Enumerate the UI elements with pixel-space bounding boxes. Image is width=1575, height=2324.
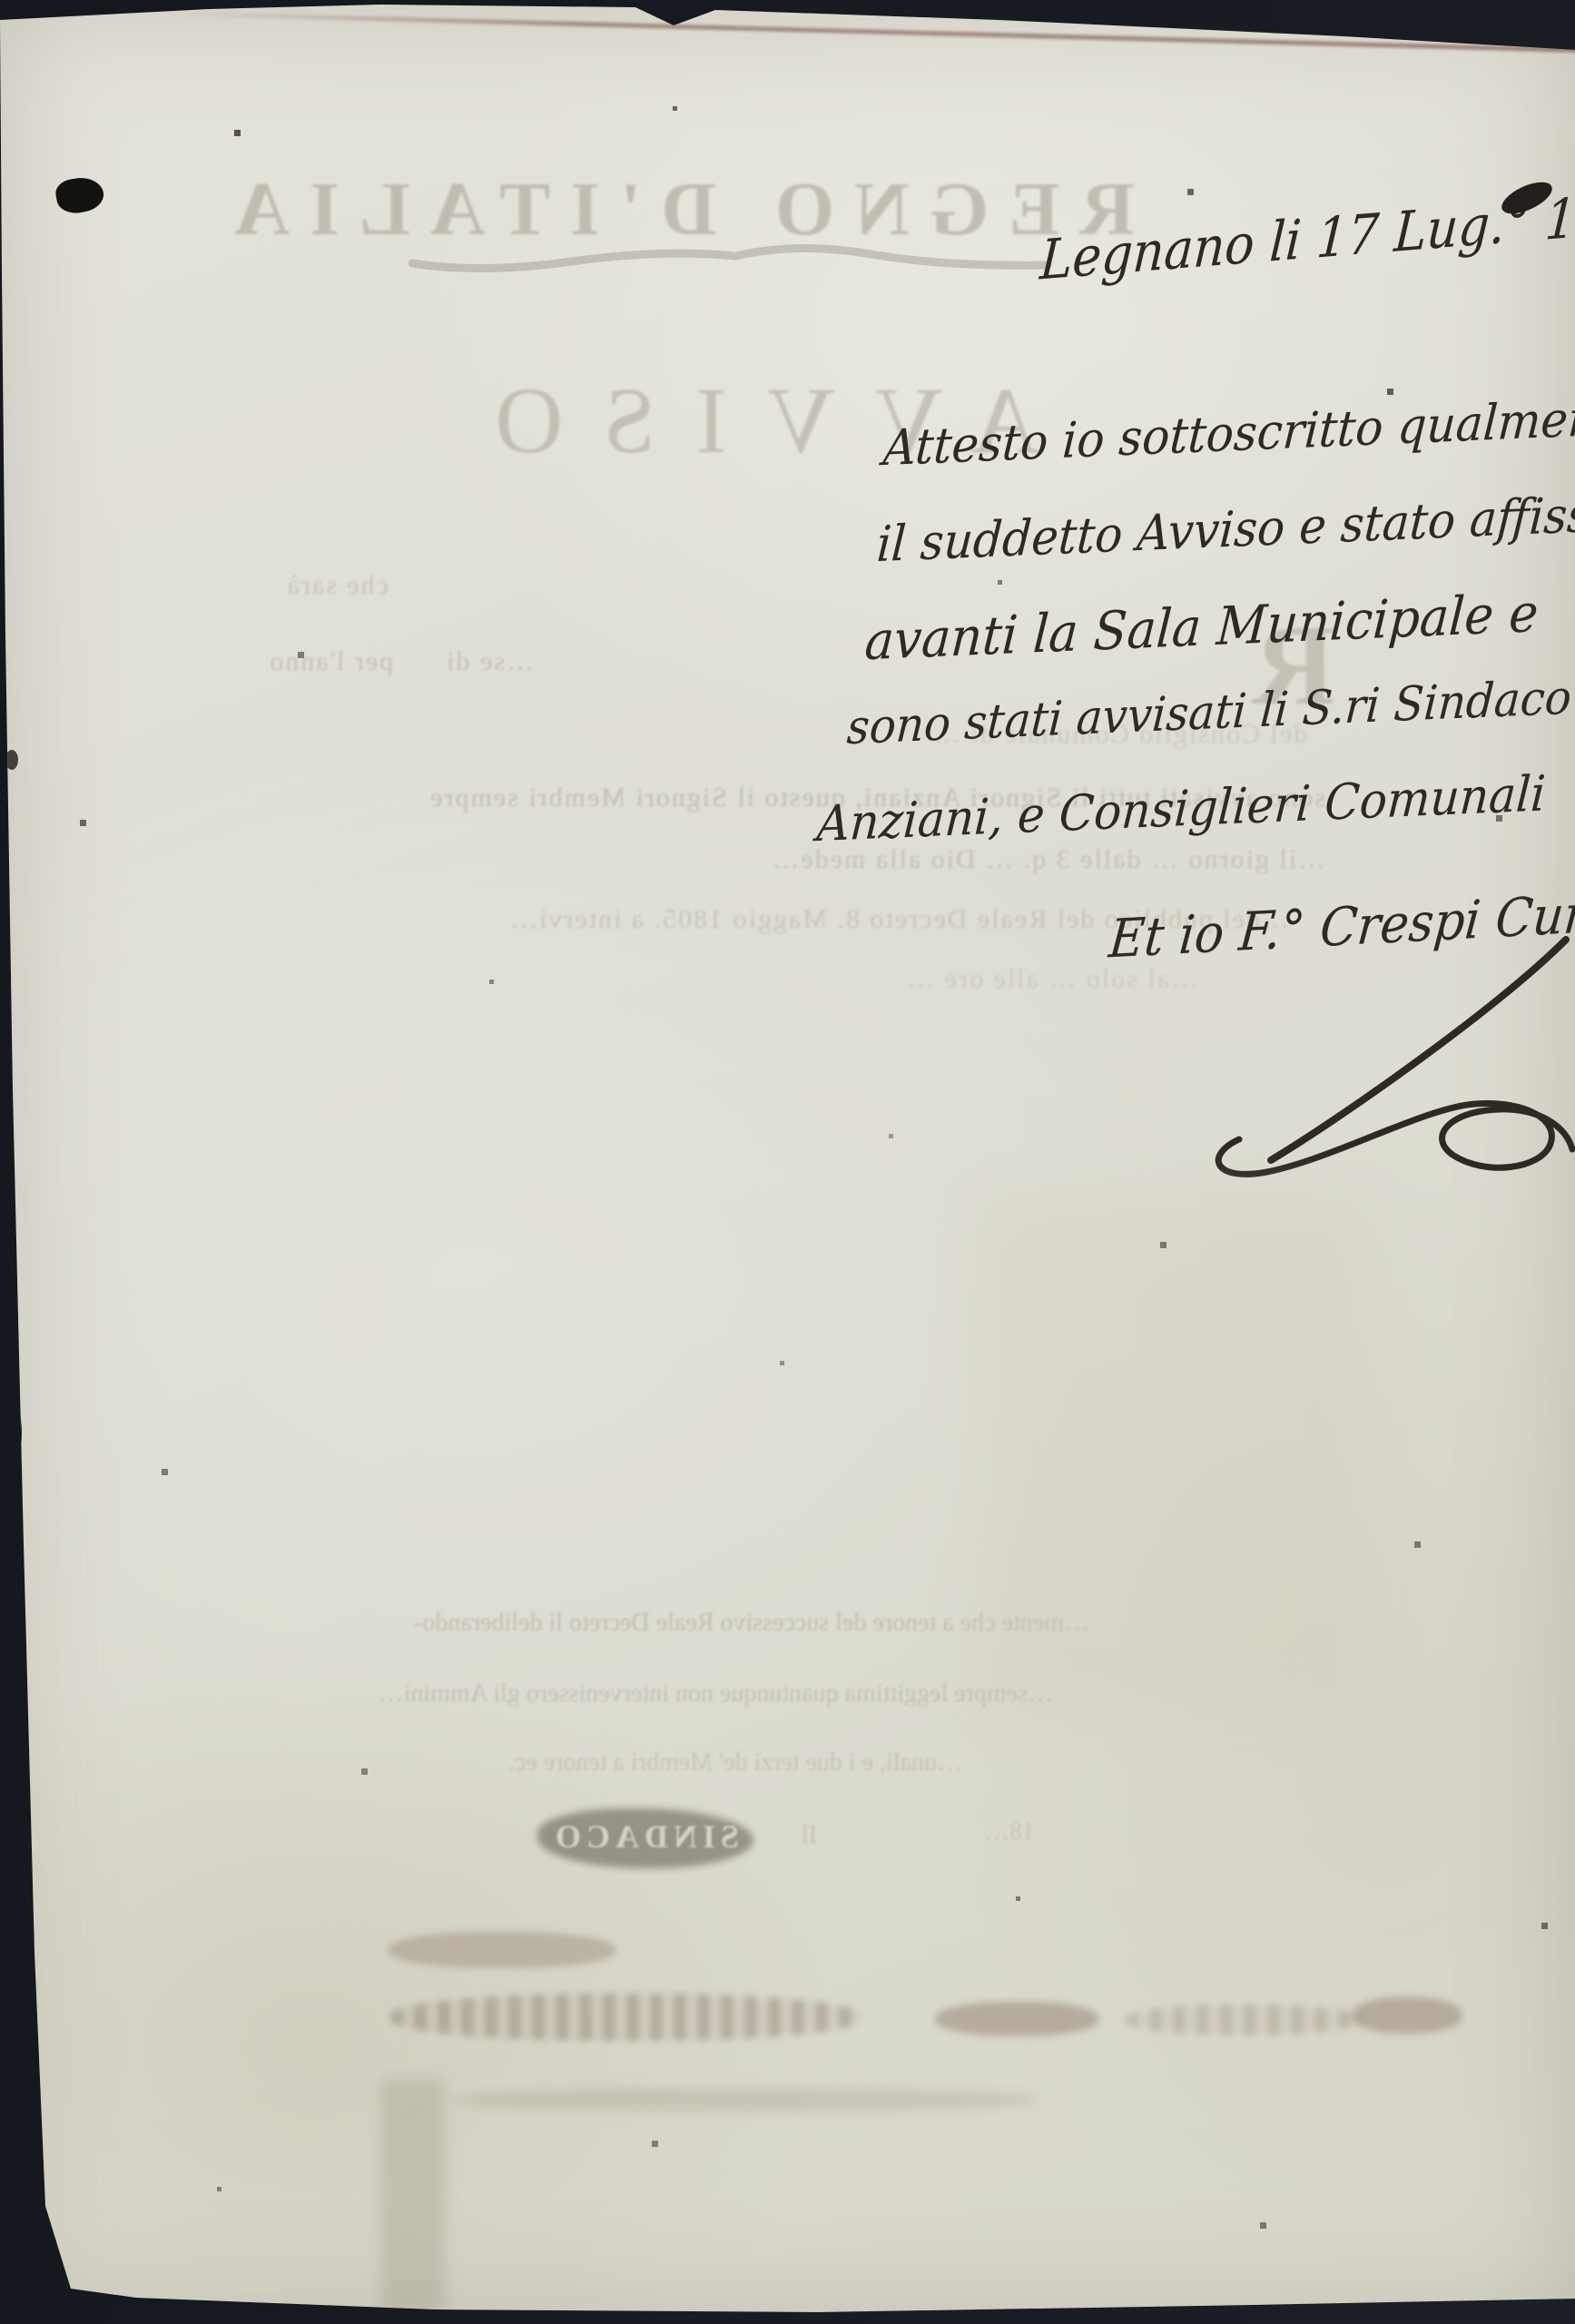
edge-speck [5,750,18,770]
bleedthrough-line: …al solo … alle ore … [381,964,1198,995]
document-page: REGNO D'ITALIA AVVISO R che sarà …se di … [0,0,1575,2324]
paper-stain [980,1198,1362,1707]
ink-smudge [390,1994,862,2041]
handwritten-line: Anziani, e Consiglieri Comunali [815,764,1547,852]
bleedthrough-line: …se di per l'anno [153,646,534,677]
signature-flourish [1153,926,1575,1180]
bleedthrough-swash-ornament [409,238,1053,278]
bleedthrough-lower-line: Il [763,1821,817,1850]
handwritten-line: il suddetto Avviso e stato affisso [875,485,1575,573]
bleedthrough-line: …il giorno … dalle 3 q. … Dio alla mede… [154,844,1325,875]
ink-smudge [935,2002,1098,2036]
ink-smudge [389,1932,615,1968]
edge-tear-shadow [0,1398,22,1469]
bleedthrough-lower-line: …mente che a tenore del successivo Reale… [150,1609,1089,1638]
foxing-specks [0,0,3,3]
bleedthrough-lower-line: …sempre leggittima quantunque non interv… [145,1679,1053,1709]
bleedthrough-line: che sarà [153,570,389,601]
bleedthrough-lower-line: …unali, e i due terzi de' Membri a tenor… [300,1748,962,1777]
photograph-background: REGNO D'ITALIA AVVISO R che sarà …se di … [0,0,1575,2324]
handwritten-line: avanti la Sala Municipale e [863,582,1541,672]
ink-smudge [1353,1997,1462,2033]
bleedthrough-sindaco: SINDACO [545,1817,744,1856]
ink-blot [54,174,106,216]
ink-smudge [1126,2004,1362,2035]
bleedthrough-lower-line: 18… [926,1817,1035,1846]
faint-smear-band [454,2088,1035,2112]
torn-edge-tint [163,11,1575,53]
paper-stain [381,2079,445,2315]
